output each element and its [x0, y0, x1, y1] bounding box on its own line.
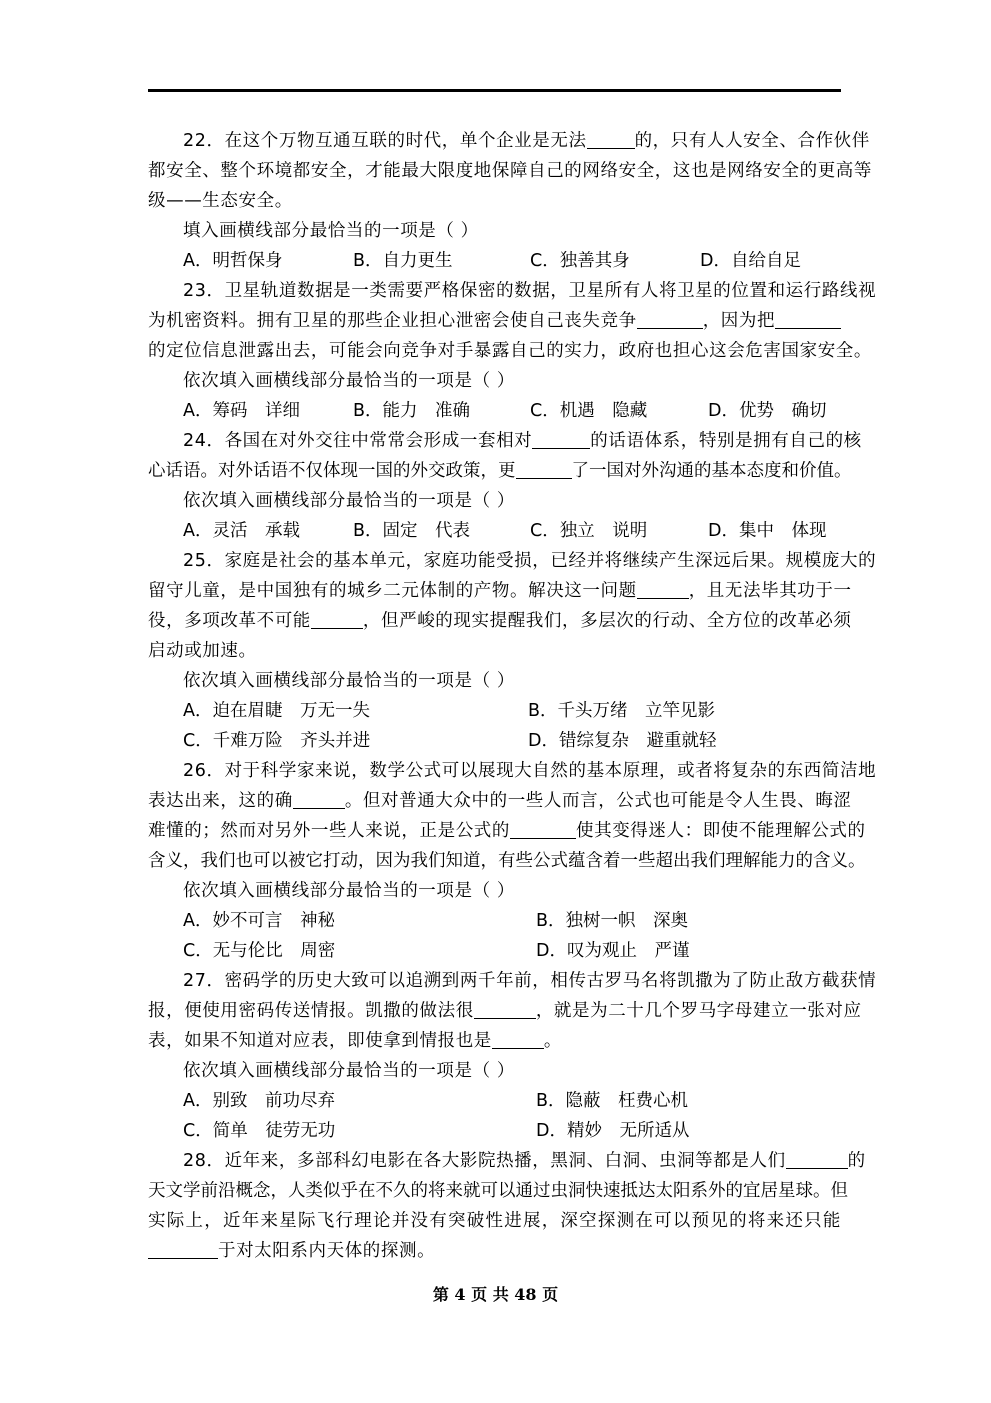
- option-b[interactable]: B．能力 准确: [353, 396, 470, 426]
- header-rule: [148, 89, 841, 92]
- option-b[interactable]: B．固定 代表: [353, 516, 470, 546]
- option-c[interactable]: C．独立 说明: [530, 516, 647, 546]
- question-text-line: 报，便使用密码传送情报。凯撒的做法很，就是为二十几个罗马字母建立一张对应: [148, 996, 841, 1026]
- option-c[interactable]: C．无与伦比 周密: [183, 936, 335, 966]
- option-c[interactable]: C．机遇 隐藏: [530, 396, 647, 426]
- option-d[interactable]: D．错综复杂 避重就轻: [528, 726, 716, 756]
- question-text-line: 留守儿童，是中国独有的城乡二元体制的产物。解决这一问题，且无法毕其功于一: [148, 576, 841, 606]
- option-d[interactable]: D．叹为观止 严谨: [536, 936, 689, 966]
- question-text-line: 28．近年来，多部科幻电影在各大影院热播，黑洞、白洞、虫洞等都是人们的: [183, 1146, 841, 1176]
- option-b[interactable]: B．隐蔽 枉费心机: [536, 1086, 688, 1116]
- option-a[interactable]: A．灵活 承载: [183, 516, 300, 546]
- question-text-line: 都安全、整个环境都安全，才能最大限度地保障自己的网络安全，这也是网络安全的更高等: [148, 156, 841, 186]
- question-text-line: 26．对于科学家来说，数学公式可以展现大自然的基本原理，或者将复杂的东西简洁地: [183, 756, 841, 786]
- question-text-line: 22．在这个万物互通互联的时代，单个企业是无法的，只有人人安全、合作伙伴: [183, 126, 841, 156]
- question-text-line: 的定位信息泄露出去，可能会向竞争对手暴露自己的实力，政府也担心这会危害国家安全。: [148, 336, 841, 366]
- question-text-line: 24．各国在对外交往中常常会形成一套相对的话语体系，特别是拥有自己的核: [183, 426, 841, 456]
- question-text-line: 表，如果不知道对应表，即使拿到情报也是。: [148, 1026, 841, 1056]
- question-prompt: 依次填入画横线部分最恰当的一项是（ ）: [183, 666, 841, 696]
- fill-blank: [311, 608, 363, 629]
- option-b[interactable]: B．自力更生: [353, 246, 453, 276]
- question-text-line: 于对太阳系内天体的探测。: [148, 1236, 841, 1266]
- question-text-line: 心话语。对外话语不仅体现一国的外交政策，更了一国对外沟通的基本态度和价值。: [148, 456, 841, 486]
- fill-blank: [474, 998, 536, 1019]
- question-text-line: 天文学前沿概念，人类似乎在不久的将来就可以通过虫洞快速抵达太阳系外的宜居星球。但: [148, 1176, 841, 1206]
- question-text-line: 含义，我们也可以被它打动，因为我们知道，有些公式蕴含着一些超出我们理解能力的含义…: [148, 846, 841, 876]
- option-c[interactable]: C．简单 徒劳无功: [183, 1116, 335, 1146]
- question-prompt: 依次填入画横线部分最恰当的一项是（ ）: [183, 876, 841, 906]
- option-d[interactable]: D．集中 体现: [708, 516, 826, 546]
- option-a[interactable]: A．别致 前功尽弃: [183, 1086, 335, 1116]
- question-text-line: 役，多项改革不可能，但严峻的现实提醒我们，多层次的行动、全方位的改革必须: [148, 606, 841, 636]
- question-text-line: 表达出来，这的确。但对普通大众中的一些人而言，公式也可能是令人生畏、晦涩: [148, 786, 841, 816]
- fill-blank: [293, 788, 345, 809]
- fill-blank: [492, 1028, 544, 1049]
- option-c[interactable]: C．千难万险 齐头并进: [183, 726, 370, 756]
- option-d[interactable]: D．精妙 无所适从: [536, 1116, 689, 1146]
- question-text-line: 27．密码学的历史大致可以追溯到两千年前，相传古罗马名将凯撒为了防止敌方截获情: [183, 966, 841, 996]
- option-b[interactable]: B．独树一帜 深奥: [536, 906, 688, 936]
- question-prompt: 依次填入画横线部分最恰当的一项是（ ）: [183, 486, 841, 516]
- option-c[interactable]: C．独善其身: [530, 246, 630, 276]
- fill-blank: [786, 1148, 848, 1169]
- option-d[interactable]: D．自给自足: [700, 246, 801, 276]
- option-a[interactable]: A．明哲保身: [183, 246, 282, 276]
- page-footer: 第 4 页 共 48 页: [0, 1282, 991, 1305]
- question-prompt: 填入画横线部分最恰当的一项是（ ）: [183, 216, 841, 246]
- question-text-line: 启动或加速。: [148, 636, 841, 666]
- fill-blank: [148, 1238, 218, 1259]
- option-a[interactable]: A．筹码 详细: [183, 396, 300, 426]
- fill-blank: [775, 308, 841, 329]
- fill-blank: [637, 308, 703, 329]
- fill-blank: [587, 128, 635, 149]
- question-text-line: 为机密资料。拥有卫星的那些企业担心泄密会使自己丧失竞争，因为把: [148, 306, 841, 336]
- option-d[interactable]: D．优势 确切: [708, 396, 826, 426]
- question-text-line: 23．卫星轨道数据是一类需要严格保密的数据，卫星所有人将卫星的位置和运行路线视: [183, 276, 841, 306]
- fill-blank: [510, 818, 576, 839]
- question-prompt: 依次填入画横线部分最恰当的一项是（ ）: [183, 366, 841, 396]
- question-text-line: 难懂的；然而对另外一些人来说，正是公式的使其变得迷人：即使不能理解公式的: [148, 816, 841, 846]
- question-text-line: 25．家庭是社会的基本单元，家庭功能受损，已经并将继续产生深远后果。规模庞大的: [183, 546, 841, 576]
- fill-blank: [532, 428, 590, 449]
- question-text-line: 实际上，近年来星际飞行理论并没有突破性进展，深空探测在可以预见的将来还只能: [148, 1206, 841, 1236]
- option-b[interactable]: B．千头万绪 立竿见影: [528, 696, 715, 726]
- question-text-line: 级——生态安全。: [148, 186, 841, 216]
- fill-blank: [637, 578, 689, 599]
- option-a[interactable]: A．妙不可言 神秘: [183, 906, 335, 936]
- option-a[interactable]: A．迫在眉睫 万无一失: [183, 696, 370, 726]
- question-prompt: 依次填入画横线部分最恰当的一项是（ ）: [183, 1056, 841, 1086]
- fill-blank: [516, 458, 572, 479]
